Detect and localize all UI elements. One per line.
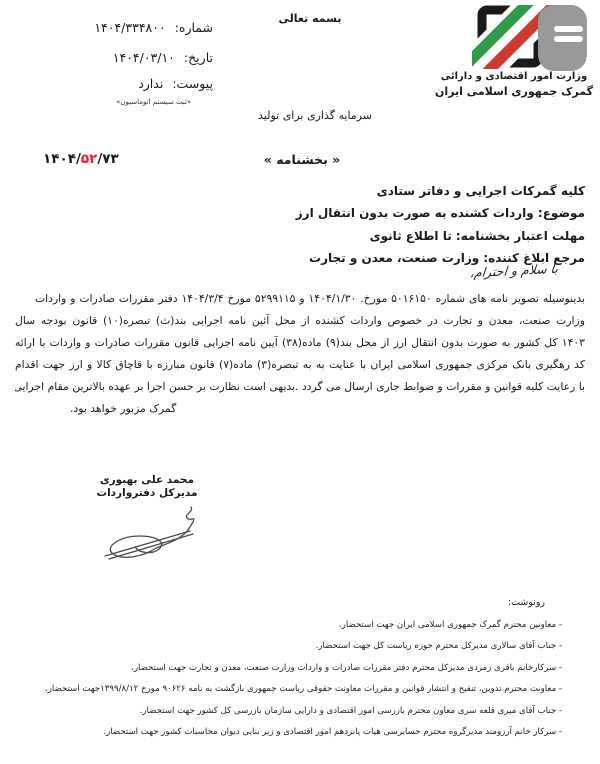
body-line: وزارت صنعت، معدن و تجارت در خصوص واردات …	[15, 310, 585, 332]
circular-header-lines: کلیه گمرکات اجرایی و دفاتر ستادی موضوع: …	[296, 180, 585, 270]
validity-line: مهلت اعتبار بخشنامه: تا اطلاع ثانوی	[296, 225, 585, 247]
attachment-label: پیوست:	[172, 76, 213, 91]
letterhead-logo-block: وزارت امور اقتصادی و دارائی گمرک جمهوری …	[430, 5, 590, 101]
attachment-value: ندارد	[138, 76, 163, 91]
signatory-name: محمد علی بهبوری	[87, 474, 207, 487]
letter-date-row: تاریخ: ۱۴۰۴/۰۳/۱۰	[94, 50, 213, 65]
cc-item: - معاونین محترم گمرک جمهوری اسلامی ایران…	[17, 615, 562, 636]
automation-registration-note: «ثبت سیستم اتوماسیون»	[94, 98, 213, 106]
date-value: ۱۴۰۴/۰۳/۱۰	[113, 50, 175, 65]
number-label: شماره:	[175, 20, 213, 35]
letter-number-row: شماره: ۱۴۰۴/۳۳۴۸۰۰	[94, 20, 213, 35]
handwritten-signature-icon	[91, 502, 211, 562]
year-slogan-text: سرمایه گذاری برای تولید	[240, 109, 390, 122]
body-line: بدینوسیله تصویر نامه های شماره ۵۰۱۶۱۵۰ م…	[15, 288, 585, 310]
number-value: ۱۴۰۴/۳۳۴۸۰۰	[94, 20, 165, 35]
stamp-equal-bar-bottom	[554, 36, 583, 42]
handwritten-salutation: با سلام و احترام،	[469, 261, 558, 281]
stamp-equal-bar-top	[554, 26, 583, 32]
circular-number-serial: /۷۳	[97, 151, 118, 167]
body-line: کد رهگیری بانک مرکزی جمهوری اسلامی ایران…	[15, 354, 585, 376]
subject-line: موضوع: واردات کشنده به صورت بدون انتقال …	[296, 202, 585, 224]
cc-block: رونوشت: - معاونین محترم گمرک جمهوری اسلا…	[17, 596, 562, 743]
body-line: ۱۴۰۳ کل کشور به صورت بدون انتقال ارز از …	[15, 332, 585, 354]
bismillah-text: بسمه تعالی	[255, 12, 365, 25]
circular-body: بدینوسیله تصویر نامه های شماره ۵۰۱۶۱۵۰ م…	[15, 288, 585, 420]
cc-item: - جناب آقای میری قلعه سری معاون محترم با…	[17, 701, 562, 722]
cc-list: - معاونین محترم گمرک جمهوری اسلامی ایران…	[17, 615, 562, 743]
cc-heading: رونوشت:	[17, 596, 545, 610]
circular-number-year: ۱۴۰۴/	[43, 151, 81, 167]
signatory-title: مدیرکل دفترواردات	[87, 487, 207, 500]
cc-item: - جناب آقای سالاری مدیرکل محترم حوزه ریا…	[17, 636, 562, 657]
organization-names: وزارت امور اقتصادی و دارائی گمرک جمهوری …	[431, 69, 597, 99]
date-label: تاریخ:	[184, 50, 213, 65]
body-last-line: گمرک مزبور خواهد بود.	[15, 398, 585, 420]
cc-item: - سرکار خانم آرزومند مدیرگروه محترم حساب…	[17, 722, 562, 743]
signature-block: محمد علی بهبوری مدیرکل دفترواردات	[87, 474, 207, 566]
letter-meta-fields: شماره: ۱۴۰۴/۳۳۴۸۰۰ تاریخ: ۱۴۰۴/۰۳/۱۰ پیو…	[94, 18, 213, 106]
scanned-circular-page: وزارت امور اقتصادی و دارائی گمرک جمهوری …	[0, 0, 600, 764]
body-line: با رعایت کلیه قوانین و مقررات و ضوابط جا…	[15, 376, 585, 398]
ministry-name: وزارت امور اقتصادی و دارائی	[431, 69, 597, 84]
recipients-line: کلیه گمرکات اجرایی و دفاتر ستادی	[296, 180, 585, 202]
circular-title: « بخشنامه »	[252, 152, 352, 167]
circular-number: ۱۴۰۴/۵۲/۷۳	[43, 151, 119, 167]
gray-stamp-capsule	[538, 5, 587, 71]
cc-item: - معاونت محترم تدوین، تنقیح و انتشار قوا…	[17, 679, 562, 700]
attachment-row: پیوست: ندارد	[94, 76, 213, 91]
customs-name: گمرک جمهوری اسلامی ایران	[431, 84, 597, 99]
cc-item: - سرکارخانم باقری زمردی مدیرکل محترم دفت…	[17, 658, 562, 679]
circular-number-middle: ۵۲	[81, 151, 97, 167]
